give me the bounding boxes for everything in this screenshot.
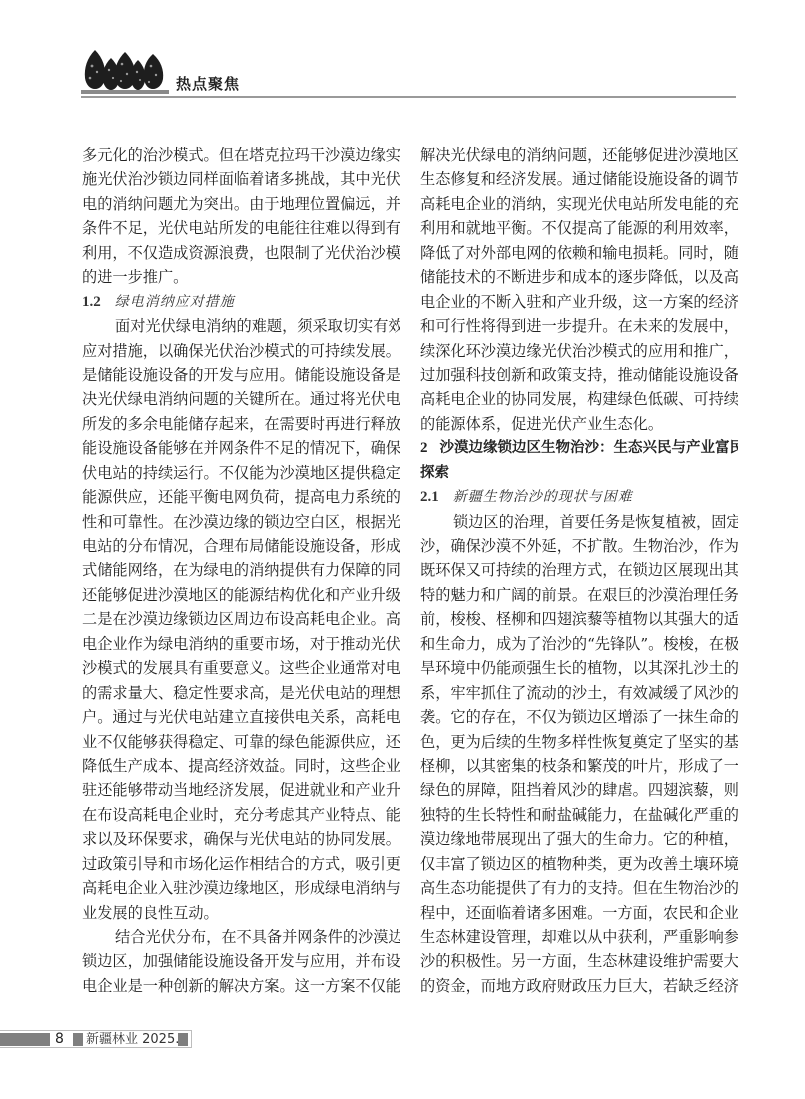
text-line: 性和可靠性。在沙漠边缘的锁边空白区，根据光伏	[82, 510, 400, 534]
text-line: 生态林建设管理，却难以从中获利，严重影响参与治	[420, 925, 738, 949]
heading-number: 1.2	[82, 294, 101, 310]
paragraph-first-line: 面对光伏绿电消纳的难题，须采取切实有效的	[82, 314, 400, 338]
text-line: 程中，还面临着诸多困难。一方面，农民和企业参与	[420, 901, 738, 925]
text-line: 和生命力，成为了治沙的“先锋队”。梭梭，在极端干	[420, 632, 738, 656]
text-line: 锁边区，加强储能设施设备开发与应用，并布设高耗	[82, 949, 400, 973]
text-line: 续深化环沙漠边缘光伏治沙模式的应用和推广，通	[420, 339, 738, 363]
text-line: 漠边缘地带展现出了强大的生命力。它的种植，不	[420, 827, 738, 851]
text-line: 二是在沙漠边缘锁边区周边布设高耗电企业。高耗	[82, 607, 400, 631]
text-line: 储能技术的不断进步和成本的逐步降低，以及高耗	[420, 265, 738, 289]
text-line: 高生态功能提供了有力的支持。但在生物治沙的过	[420, 876, 738, 900]
text-line: 电企业作为绿电消纳的重要市场，对于推动光伏治	[82, 632, 400, 656]
header-divider	[81, 96, 736, 98]
footer-square-marker	[73, 1033, 83, 1046]
text-line: 生态修复和经济发展。通过储能设施设备的调节和	[420, 167, 738, 191]
text-line: 是储能设施设备的开发与应用。储能设施设备是解	[82, 363, 400, 387]
text-line: 决光伏绿电消纳问题的关键所在。通过将光伏电站	[82, 387, 400, 411]
page-number: 8	[55, 1030, 64, 1049]
section-heading: 探索	[420, 461, 738, 485]
text-line: 高耗电企业的消纳，实现光伏电站所发电能的充分	[420, 192, 738, 216]
text-line: 柽柳，以其密集的枝条和繁茂的叶片，形成了一道道	[420, 754, 738, 778]
text-line: 高耗电企业的协同发展，构建绿色低碳、可持续发展	[420, 387, 738, 411]
paragraph-last-line: 业发展的良性互动。	[82, 901, 400, 925]
text-line: 沙模式的发展具有重要意义。这些企业通常对电能	[82, 656, 400, 680]
line-text: 沙漠边缘锁边区生物治沙：生态兴民与产业富民	[440, 440, 739, 456]
text-line: 电的消纳问题尤为突出。由于地理位置偏远，并网	[82, 192, 400, 216]
text-line: 所发的多余电能储存起来，在需要时再进行释放，储	[82, 412, 400, 436]
text-line: 过政策引导和市场化运作相结合的方式，吸引更多	[82, 852, 400, 876]
text-line: 和可行性将得到进一步提升。在未来的发展中，继	[420, 314, 738, 338]
heading-number: 2.1	[420, 489, 439, 505]
running-header: 热点聚焦	[80, 48, 736, 98]
left-column: 多元化的治沙模式。但在塔克拉玛干沙漠边缘实施光伏治沙锁边同样面临着诸多挑战，其中…	[82, 143, 400, 998]
text-line: 沙的积极性。另一方面，生态林建设维护需要大量	[420, 949, 738, 973]
text-line: 利用，不仅造成资源浪费，也限制了光伏治沙模式	[82, 241, 400, 265]
text-line: 求以及环保要求，确保与光伏电站的协同发展。通	[82, 827, 400, 851]
paragraph-first-line: 锁边区的治理，首要任务是恢复植被，固定流	[420, 510, 738, 534]
text-line: 降低生产成本、提高经济效益。同时，这些企业的入	[82, 754, 400, 778]
line-text: 的进一步推广。	[82, 268, 188, 286]
subsection-heading: 2.1新疆生物治沙的现状与困难	[420, 485, 738, 509]
paragraph-last-line: 的能源体系，促进光伏产业生态化。	[420, 412, 738, 436]
paragraph-last-line: 的进一步推广。	[82, 265, 400, 289]
text-line: 特的魅力和广阔的前景。在艰巨的沙漠治理任务面	[420, 583, 738, 607]
text-line: 绿色的屏障，阻挡着风沙的肆虐。四翅滨藜，则以其	[420, 778, 738, 802]
text-line: 应对措施，以确保光伏治沙模式的可持续发展。一	[82, 339, 400, 363]
line-text: 的能源体系，促进光伏产业生态化。	[420, 415, 663, 433]
text-line: 过加强科技创新和政策支持，推动储能设施设备和	[420, 363, 738, 387]
text-line: 业不仅能够获得稳定、可靠的绿色能源供应，还能够	[82, 730, 400, 754]
heading-number: 2	[420, 440, 428, 456]
text-line: 伏电站的持续运行。不仅能为沙漠地区提供稳定的	[82, 461, 400, 485]
text-line: 在布设高耗电企业时，充分考虑其产业特点、能源需	[82, 803, 400, 827]
text-line: 既环保又可持续的治理方式，在锁边区展现出其独	[420, 558, 738, 582]
line-text: 绿电消纳应对措施	[115, 294, 235, 310]
text-line: 能源供应，还能平衡电网负荷，提高电力系统的稳定	[82, 485, 400, 509]
logo-ground-bar	[81, 90, 169, 94]
text-line: 还能够促进沙漠地区的能源结构优化和产业升级。	[82, 583, 400, 607]
text-line: 旱环境中仍能顽强生长的植物，以其深扎沙土的根	[420, 656, 738, 680]
text-line: 电企业是一种创新的解决方案。这一方案不仅能够	[82, 974, 400, 998]
text-line: 色，更为后续的生物多样性恢复奠定了坚实的基础。	[420, 730, 738, 754]
text-line: 系，牢牢抓住了流动的沙土，有效减缓了风沙的侵	[420, 681, 738, 705]
journal-issue: 新疆林业 2025.2	[86, 1030, 188, 1049]
line-text: 新疆生物治沙的现状与困难	[453, 489, 633, 505]
text-line: 降低了对外部电网的依赖和输电损耗。同时，随着	[420, 241, 738, 265]
text-line: 电站的分布情况，合理布局储能设施设备，形成分布	[82, 534, 400, 558]
text-line: 前，梭梭、柽柳和四翅滨藜等植物以其强大的适应性	[420, 607, 738, 631]
text-line: 电企业的不断入驻和产业升级，这一方案的经济性	[420, 290, 738, 314]
text-line: 袭。它的存在，不仅为锁边区增添了一抹生命的绿	[420, 705, 738, 729]
page-footer: 8 新疆林业 2025.2	[0, 1030, 193, 1050]
text-line: 能设施设备能够在并网条件不足的情况下，确保光	[82, 436, 400, 460]
text-line: 独特的生长特性和耐盐碱能力，在盐碱化严重的沙	[420, 803, 738, 827]
text-line: 多元化的治沙模式。但在塔克拉玛干沙漠边缘实	[82, 143, 400, 167]
footer-square-marker	[178, 1033, 188, 1046]
text-line: 式储能网络，在为绿电的消纳提供有力保障的同时，	[82, 558, 400, 582]
text-line: 施光伏治沙锁边同样面临着诸多挑战，其中光伏绿	[82, 167, 400, 191]
paragraph-first-line: 结合光伏分布，在不具备并网条件的沙漠边缘	[82, 925, 400, 949]
text-line: 高耗电企业入驻沙漠边缘地区，形成绿电消纳与产	[82, 876, 400, 900]
subsection-heading: 1.2绿电消纳应对措施	[82, 290, 400, 314]
section-title: 热点聚焦	[176, 73, 240, 94]
tree-row-logo-icon	[81, 48, 169, 93]
text-line: 的需求量大、稳定性要求高，是光伏电站的理想用	[82, 681, 400, 705]
text-line: 的资金，而地方政府财政压力巨大，若缺乏经济效	[420, 974, 738, 998]
text-line: 利用和就地平衡。不仅提高了能源的利用效率，也	[420, 216, 738, 240]
text-line: 条件不足，光伏电站所发的电能往往难以得到有效	[82, 216, 400, 240]
text-line: 驻还能够带动当地经济发展，促进就业和产业升级。	[82, 778, 400, 802]
line-text: 业发展的良性互动。	[82, 904, 219, 922]
right-column: 解决光伏绿电的消纳问题，还能够促进沙漠地区的生态修复和经济发展。通过储能设施设备…	[420, 143, 738, 998]
text-line: 仅丰富了锁边区的植物种类，更为改善土壤环境、提	[420, 852, 738, 876]
text-line: 解决光伏绿电的消纳问题，还能够促进沙漠地区的	[420, 143, 738, 167]
footer-bar	[0, 1033, 50, 1046]
line-text: 探索	[420, 465, 449, 481]
text-line: 户。通过与光伏电站建立直接供电关系，高耗电企	[82, 705, 400, 729]
text-line: 沙，确保沙漠不外延，不扩散。生物治沙，作为一种	[420, 534, 738, 558]
section-heading: 2沙漠边缘锁边区生物治沙：生态兴民与产业富民	[420, 436, 738, 460]
